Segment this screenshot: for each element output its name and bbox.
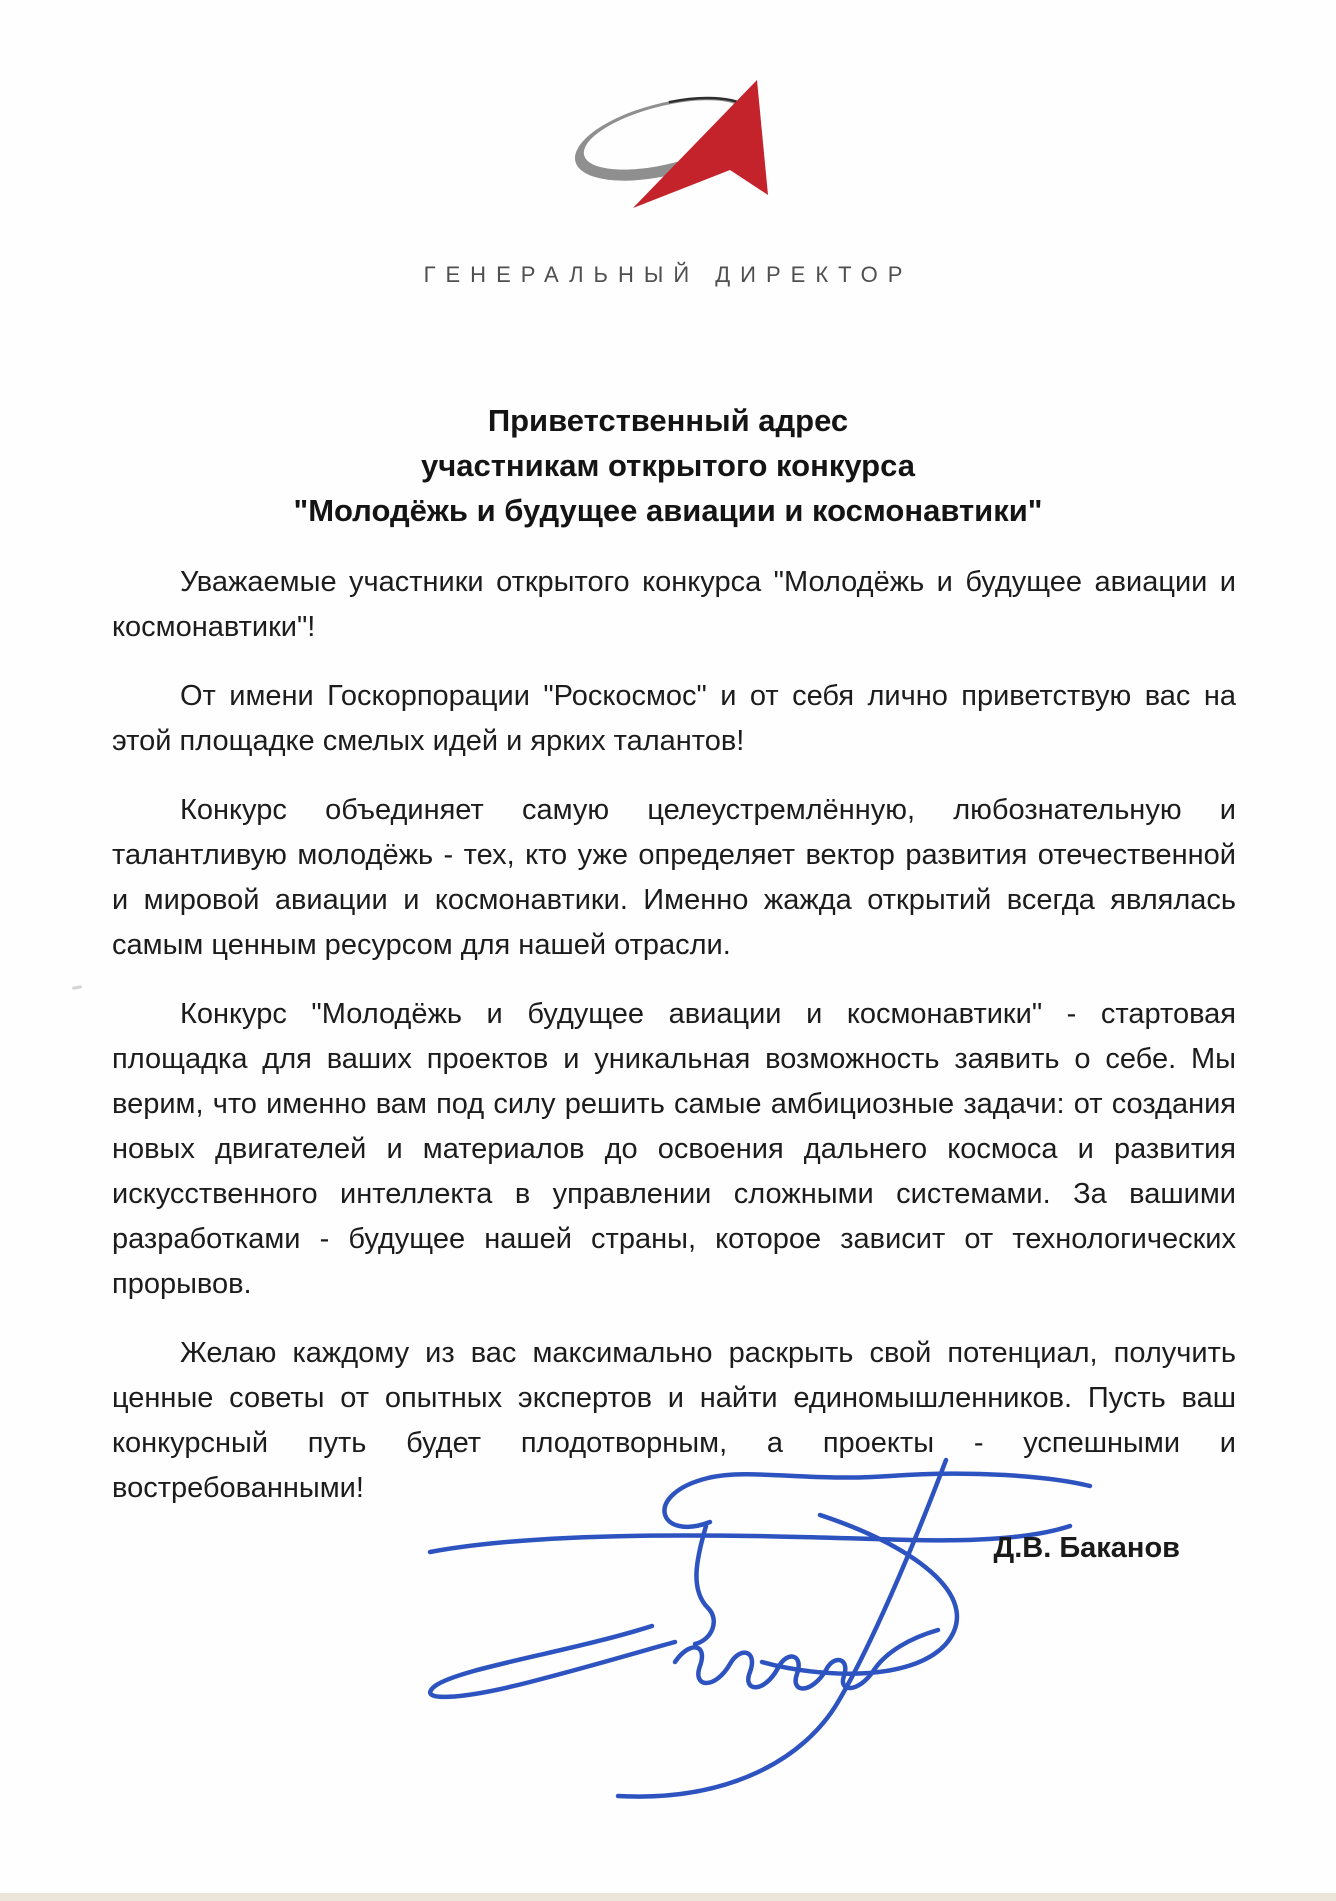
signature-stroke-scribble: [675, 1630, 938, 1689]
roscosmos-logo-svg: [560, 58, 800, 218]
paragraph-welcome: От имени Госкорпорации "Роскосмос" и от …: [112, 674, 1236, 764]
signature-stroke-squiggle: [695, 1526, 714, 1644]
scan-edge-strip: [0, 1893, 1336, 1901]
signature-stroke-top: [664, 1474, 1090, 1527]
signature-stroke-midline: [430, 1526, 1070, 1552]
title-line-3: "Молодёжь и будущее авиации и космонавти…: [106, 488, 1230, 533]
paragraph-mission: Конкурс "Молодёжь и будущее авиации и ко…: [112, 992, 1236, 1307]
letter-title: Приветственный адрес участникам открытог…: [106, 398, 1230, 533]
scan-artifact-speck: [72, 985, 82, 990]
title-line-1: Приветственный адрес: [106, 398, 1230, 443]
roscosmos-logo-icon: [560, 58, 800, 218]
signature-stroke-underline: [430, 1626, 675, 1697]
letter-body: Уважаемые участники открытого конкурса "…: [112, 560, 1236, 1535]
paragraph-contest: Конкурс объединяет самую целеустремлённу…: [112, 788, 1236, 968]
title-line-2: участникам открытого конкурса: [106, 443, 1230, 488]
signature-stroke-diagonal: [618, 1460, 946, 1797]
position-title: ГЕНЕРАЛЬНЫЙ ДИРЕКТОР: [0, 262, 1336, 288]
signatory-name: Д.В. Баканов: [994, 1532, 1180, 1565]
letter-page: ГЕНЕРАЛЬНЫЙ ДИРЕКТОР Приветственный адре…: [0, 0, 1336, 1901]
paragraph-greeting: Уважаемые участники открытого конкурса "…: [112, 560, 1236, 650]
handwritten-signature: [390, 1430, 1130, 1820]
signature-svg: [390, 1430, 1130, 1820]
